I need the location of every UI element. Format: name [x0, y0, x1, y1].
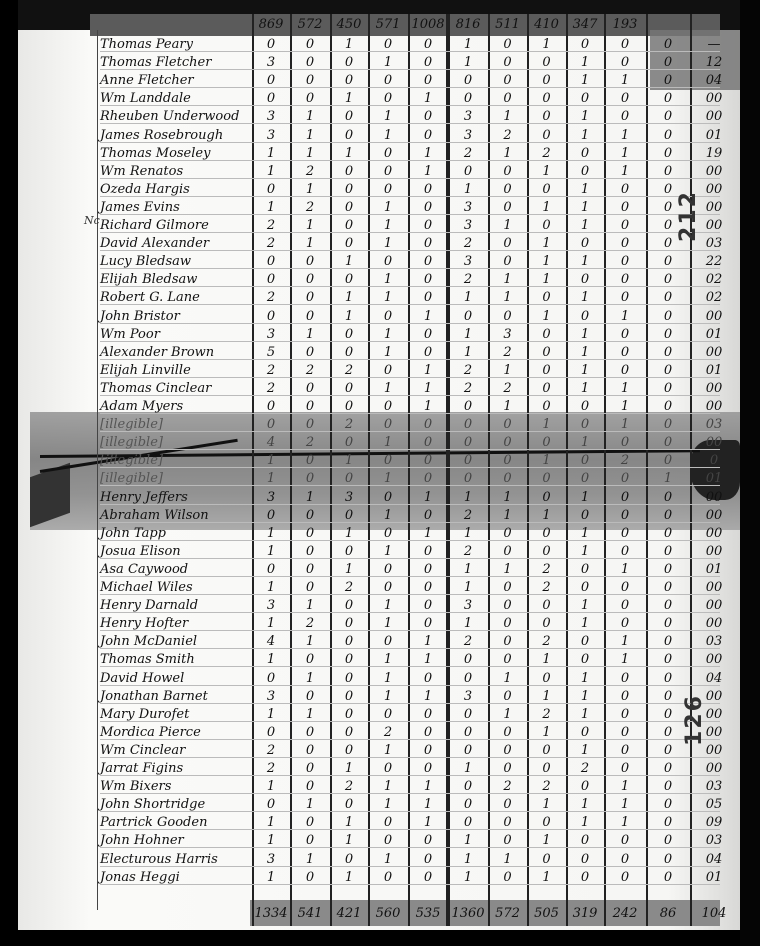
census-cell: 1	[527, 869, 566, 889]
census-cell: 0	[488, 163, 527, 183]
census-cell: 1	[604, 145, 646, 165]
census-cell: 0	[488, 760, 527, 780]
census-cell: 0	[646, 832, 690, 852]
census-cell: 2	[527, 579, 566, 599]
census-cell: 0	[448, 651, 488, 671]
census-cell: 0	[488, 615, 527, 635]
census-cell: 0	[408, 670, 448, 690]
census-cell: 1	[252, 163, 290, 183]
census-cell: 1	[566, 742, 604, 762]
census-row-name: Henry Jeffers	[100, 489, 188, 509]
census-cell: 1	[368, 199, 408, 219]
census-cell: 0	[368, 362, 408, 382]
census-cell: 00	[690, 579, 738, 599]
census-cell: 0	[646, 326, 690, 346]
census-cell: 1	[252, 452, 290, 472]
census-cell: 0	[408, 851, 448, 871]
census-cell: 01	[690, 127, 738, 147]
census-cell: 0	[646, 814, 690, 834]
census-cell: 0	[408, 470, 448, 490]
census-cell: 0	[290, 778, 330, 798]
census-cell: 0	[252, 416, 290, 436]
census-cell: 1	[252, 145, 290, 165]
census-cell: 0	[290, 416, 330, 436]
census-cell: 0	[488, 452, 527, 472]
census-cell: 0	[527, 760, 566, 780]
census-cell: 0	[488, 651, 527, 671]
census-cell: 0	[646, 36, 690, 56]
census-cell: 0	[408, 597, 448, 617]
census-cell: 0	[330, 199, 368, 219]
census-cell: 1	[330, 561, 368, 581]
census-cell: 0	[527, 525, 566, 545]
census-cell: 0	[488, 814, 527, 834]
census-cell: 0	[646, 127, 690, 147]
census-row-name: Henry Hofter	[100, 615, 188, 635]
census-cell: 1	[566, 688, 604, 708]
census-cell: 0	[646, 108, 690, 128]
census-cell: 1	[527, 308, 566, 328]
census-cell: 1	[448, 869, 488, 889]
census-cell: 2	[527, 778, 566, 798]
census-cell: 3	[252, 108, 290, 128]
census-cell: 0	[690, 452, 738, 472]
census-cell: 0	[646, 579, 690, 599]
census-cell: 0	[330, 851, 368, 871]
census-cell: 0	[368, 869, 408, 889]
census-row-name: Adam Myers	[100, 398, 183, 418]
census-cell: 2	[330, 778, 368, 798]
census-cell: 0	[408, 326, 448, 346]
census-row-name: Rheuben Underwood	[100, 108, 239, 128]
census-cell: 1	[290, 145, 330, 165]
census-cell: 0	[252, 72, 290, 92]
census-cell: 1	[330, 289, 368, 309]
census-cell: 22	[690, 253, 738, 273]
census-cell: 1	[566, 54, 604, 74]
census-cell: 1	[604, 380, 646, 400]
census-cell: 0	[527, 470, 566, 490]
census-cell: 0	[566, 633, 604, 653]
census-cell: 0	[646, 380, 690, 400]
census-cell: 2	[448, 380, 488, 400]
census-cell: 1	[290, 326, 330, 346]
census-row-name: Josua Elison	[100, 543, 181, 563]
census-cell: 0	[566, 869, 604, 889]
census-cell: 1	[368, 235, 408, 255]
census-row-name: Wm Renatos	[100, 163, 183, 183]
census-row-name: Thomas Smith	[100, 651, 195, 671]
census-cell: 0	[290, 543, 330, 563]
census-cell: 0	[566, 36, 604, 56]
census-cell: 1	[488, 507, 527, 527]
census-cell: 0	[368, 579, 408, 599]
census-cell: 0	[604, 344, 646, 364]
census-cell: 0	[368, 36, 408, 56]
census-cell: 0	[448, 452, 488, 472]
census-cell: 0	[488, 199, 527, 219]
census-cell: 00	[690, 543, 738, 563]
census-cell: 0	[408, 579, 448, 599]
census-cell: 00	[690, 308, 738, 328]
census-cell: 0	[566, 145, 604, 165]
census-cell: 0	[527, 380, 566, 400]
census-cell: 1	[290, 796, 330, 816]
census-row-name: Elijah Bledsaw	[100, 271, 197, 291]
census-cell: 1	[488, 108, 527, 128]
census-cell: 0	[330, 398, 368, 418]
census-cell: 1	[527, 199, 566, 219]
census-cell: 00	[690, 760, 738, 780]
census-cell: 1	[408, 90, 448, 110]
census-cell: 0	[646, 344, 690, 364]
census-cell: 01	[690, 869, 738, 889]
census-row-name: David Alexander	[100, 235, 209, 255]
census-cell: 1	[566, 326, 604, 346]
census-cell: 2	[488, 380, 527, 400]
census-cell: 2	[488, 778, 527, 798]
census-cell: 0	[527, 543, 566, 563]
census-cell: 0	[566, 308, 604, 328]
census-cell: 1	[330, 36, 368, 56]
census-cell: 2	[527, 561, 566, 581]
census-cell: 19	[690, 145, 738, 165]
census-cell: 1	[368, 597, 408, 617]
census-cell: 1	[408, 145, 448, 165]
census-cell: 1	[604, 651, 646, 671]
census-cell: 0	[408, 36, 448, 56]
census-cell: 01	[690, 470, 738, 490]
census-cell: 1	[566, 670, 604, 690]
census-row-name: Michael Wiles	[100, 579, 193, 599]
census-cell: 1	[330, 869, 368, 889]
census-cell: 0	[330, 434, 368, 454]
census-cell: 0	[604, 742, 646, 762]
census-cell: 2	[448, 271, 488, 291]
census-row-name: John Shortridge	[100, 796, 205, 816]
census-cell: 0	[290, 289, 330, 309]
census-cell: 1	[566, 72, 604, 92]
census-row-name: Thomas Cinclear	[100, 380, 211, 400]
census-cell: 1	[448, 832, 488, 852]
census-cell: 0	[604, 597, 646, 617]
census-row-name: Wm Cinclear	[100, 742, 185, 762]
census-cell: 0	[368, 72, 408, 92]
census-cell: 0	[604, 36, 646, 56]
column-footer-total: 535	[408, 904, 448, 924]
census-cell: 0	[488, 434, 527, 454]
census-cell: 1	[368, 380, 408, 400]
census-row-name: John McDaniel	[100, 633, 197, 653]
census-cell: 03	[690, 778, 738, 798]
census-cell: 1	[604, 398, 646, 418]
census-cell: 0	[488, 796, 527, 816]
census-cell: 0	[290, 869, 330, 889]
census-cell: 0	[527, 814, 566, 834]
census-cell: 0	[290, 344, 330, 364]
census-cell: 2	[330, 362, 368, 382]
census-cell: 2	[252, 760, 290, 780]
census-cell: 1	[368, 615, 408, 635]
census-cell: 0	[448, 398, 488, 418]
census-cell: 1	[290, 670, 330, 690]
census-row-name: Henry Darnald	[100, 597, 198, 617]
census-cell: 0	[330, 615, 368, 635]
census-cell: 0	[646, 760, 690, 780]
census-cell: 2	[368, 724, 408, 744]
census-cell: 1	[408, 814, 448, 834]
census-cell: 0	[527, 851, 566, 871]
census-row-name: Alexander Brown	[100, 344, 214, 364]
census-cell: 0	[604, 760, 646, 780]
census-cell: 0	[646, 597, 690, 617]
census-cell: 0	[646, 54, 690, 74]
census-cell: 0	[604, 54, 646, 74]
census-cell: 0	[604, 543, 646, 563]
census-cell: 00	[690, 108, 738, 128]
census-cell: 1	[527, 253, 566, 273]
census-cell: 0	[646, 434, 690, 454]
census-row-name: John Hohner	[100, 832, 184, 852]
census-cell: 0	[290, 760, 330, 780]
census-cell: 1	[448, 615, 488, 635]
census-cell: 1	[368, 688, 408, 708]
census-cell: 2	[527, 145, 566, 165]
census-cell: 0	[604, 90, 646, 110]
census-cell: 0	[408, 271, 448, 291]
census-cell: 0	[646, 362, 690, 382]
census-cell: 0	[290, 90, 330, 110]
census-cell: 0	[330, 742, 368, 762]
census-cell: 2	[566, 760, 604, 780]
column-footer-total: 572	[488, 904, 527, 924]
scan-right-border	[740, 0, 760, 946]
census-cell: 3	[448, 217, 488, 237]
column-header-total: 410	[527, 15, 566, 35]
census-cell: 0	[566, 416, 604, 436]
column-header-total: 571	[368, 15, 408, 35]
census-cell: 1	[527, 832, 566, 852]
census-cell: 0	[330, 163, 368, 183]
census-cell: 0	[290, 72, 330, 92]
census-cell: 1	[488, 851, 527, 871]
column-header-total: 450	[330, 15, 368, 35]
census-cell: 1	[290, 108, 330, 128]
census-cell: 0	[368, 814, 408, 834]
census-cell: 3	[252, 127, 290, 147]
column-footer-total: 1360	[448, 904, 488, 924]
census-cell: 1	[604, 778, 646, 798]
census-cell: 0	[646, 90, 690, 110]
census-cell: 0	[566, 398, 604, 418]
census-cell: 0	[488, 36, 527, 56]
census-cell: 3	[448, 688, 488, 708]
census-cell: 0	[448, 308, 488, 328]
census-cell: 1	[408, 778, 448, 798]
census-cell: 0	[488, 308, 527, 328]
census-cell: 0	[646, 163, 690, 183]
census-cell: 1	[330, 90, 368, 110]
census-cell: 1	[252, 470, 290, 490]
census-cell: 1	[604, 163, 646, 183]
census-cell: 0	[527, 344, 566, 364]
census-cell: 0	[408, 235, 448, 255]
census-cell: 0	[604, 670, 646, 690]
census-cell: 1	[527, 235, 566, 255]
census-cell: 0	[368, 525, 408, 545]
census-cell: 0	[646, 145, 690, 165]
census-cell: 0	[290, 271, 330, 291]
census-cell: 0	[408, 543, 448, 563]
census-cell: 0	[290, 54, 330, 74]
census-cell: 1	[330, 832, 368, 852]
census-cell: 0	[408, 615, 448, 635]
census-cell: 3	[252, 326, 290, 346]
census-cell: 1	[527, 724, 566, 744]
census-cell: 1	[252, 832, 290, 852]
census-cell: 1	[604, 127, 646, 147]
census-cell: 03	[690, 633, 738, 653]
census-cell: 0	[527, 434, 566, 454]
census-cell: 0	[408, 54, 448, 74]
census-cell: 0	[448, 434, 488, 454]
census-cell: 0	[646, 289, 690, 309]
census-row-name: Thomas Fletcher	[100, 54, 211, 74]
census-cell: 0	[448, 706, 488, 726]
census-cell: 1	[252, 814, 290, 834]
census-cell: 0	[527, 54, 566, 74]
census-cell: 0	[408, 832, 448, 852]
census-cell: 0	[566, 507, 604, 527]
census-cell: 1	[448, 760, 488, 780]
census-cell: 0	[566, 832, 604, 852]
census-cell: 1	[488, 398, 527, 418]
census-cell: 0	[408, 760, 448, 780]
census-cell: 1	[252, 199, 290, 219]
census-cell: 3	[252, 597, 290, 617]
census-cell: 0	[330, 108, 368, 128]
census-cell: 2	[330, 416, 368, 436]
census-cell: 0	[488, 724, 527, 744]
census-cell: 0	[330, 72, 368, 92]
census-cell: 1	[368, 651, 408, 671]
census-cell: 1	[290, 235, 330, 255]
census-cell: 0	[252, 507, 290, 527]
census-cell: 1	[527, 651, 566, 671]
census-cell: 0	[604, 507, 646, 527]
census-cell: 0	[448, 416, 488, 436]
census-row-name: Mordica Pierce	[100, 724, 201, 744]
census-cell: 1	[527, 416, 566, 436]
census-cell: 0	[330, 54, 368, 74]
census-cell: 1	[330, 760, 368, 780]
census-cell: 1	[566, 108, 604, 128]
census-cell: 0	[488, 597, 527, 617]
census-row-name: Asa Caywood	[100, 561, 188, 581]
census-cell: 0	[330, 507, 368, 527]
census-cell: 1	[448, 525, 488, 545]
census-cell: 0	[290, 398, 330, 418]
census-cell: 5	[252, 344, 290, 364]
census-cell: 0	[408, 869, 448, 889]
census-cell: 1	[566, 597, 604, 617]
census-cell: 0	[527, 289, 566, 309]
census-cell: 1	[566, 127, 604, 147]
census-cell: 1	[330, 452, 368, 472]
census-row-name: Richard Gilmore	[100, 217, 209, 237]
census-cell: 0	[252, 271, 290, 291]
census-cell: 0	[330, 633, 368, 653]
census-cell: 0	[368, 181, 408, 201]
census-cell: 1	[252, 615, 290, 635]
census-cell: 2	[448, 543, 488, 563]
census-cell: 3	[330, 489, 368, 509]
census-cell: 1	[368, 127, 408, 147]
census-cell: 0	[368, 561, 408, 581]
census-cell: 2	[252, 235, 290, 255]
census-cell: 0	[290, 742, 330, 762]
name-column-rule	[97, 30, 98, 910]
census-cell: 09	[690, 814, 738, 834]
census-cell: 0	[408, 199, 448, 219]
census-cell: 01	[690, 326, 738, 346]
census-cell: 1	[330, 253, 368, 273]
census-cell: 0	[604, 688, 646, 708]
census-cell: 0	[368, 633, 408, 653]
census-cell: 1	[448, 561, 488, 581]
census-cell: 3	[252, 489, 290, 509]
census-cell: 1	[252, 525, 290, 545]
census-cell: 1	[527, 452, 566, 472]
census-cell: 0	[646, 543, 690, 563]
census-cell: 0	[566, 778, 604, 798]
census-cell: 0	[408, 127, 448, 147]
census-cell: 0	[368, 416, 408, 436]
census-cell: 0	[330, 688, 368, 708]
census-cell: 0	[566, 90, 604, 110]
census-cell: 0	[604, 271, 646, 291]
census-cell: 00	[690, 651, 738, 671]
census-cell: 1	[252, 869, 290, 889]
census-cell: 0	[527, 181, 566, 201]
census-cell: 0	[566, 452, 604, 472]
census-cell: 0	[646, 561, 690, 581]
census-cell: 0	[488, 181, 527, 201]
census-cell: 1	[566, 615, 604, 635]
census-row-name: Wm Bixers	[100, 778, 171, 798]
census-cell: —	[690, 36, 738, 56]
census-cell: 2	[448, 145, 488, 165]
census-cell: 0	[566, 271, 604, 291]
census-cell: 00	[690, 434, 738, 454]
census-cell: 1	[488, 145, 527, 165]
census-row-name: James Rosebrough	[100, 127, 223, 147]
census-cell: 3	[252, 688, 290, 708]
census-cell: 0	[646, 308, 690, 328]
census-cell: 0	[604, 525, 646, 545]
census-cell: 0	[604, 615, 646, 635]
census-cell: 0	[408, 289, 448, 309]
census-cell: 2	[252, 217, 290, 237]
census-cell: 2	[252, 380, 290, 400]
census-cell: 1	[368, 344, 408, 364]
census-cell: 0	[646, 778, 690, 798]
census-cell: 0	[566, 163, 604, 183]
census-cell: 1	[368, 507, 408, 527]
census-cell: 1	[368, 271, 408, 291]
census-cell: 0	[448, 778, 488, 798]
census-cell: 3	[448, 108, 488, 128]
